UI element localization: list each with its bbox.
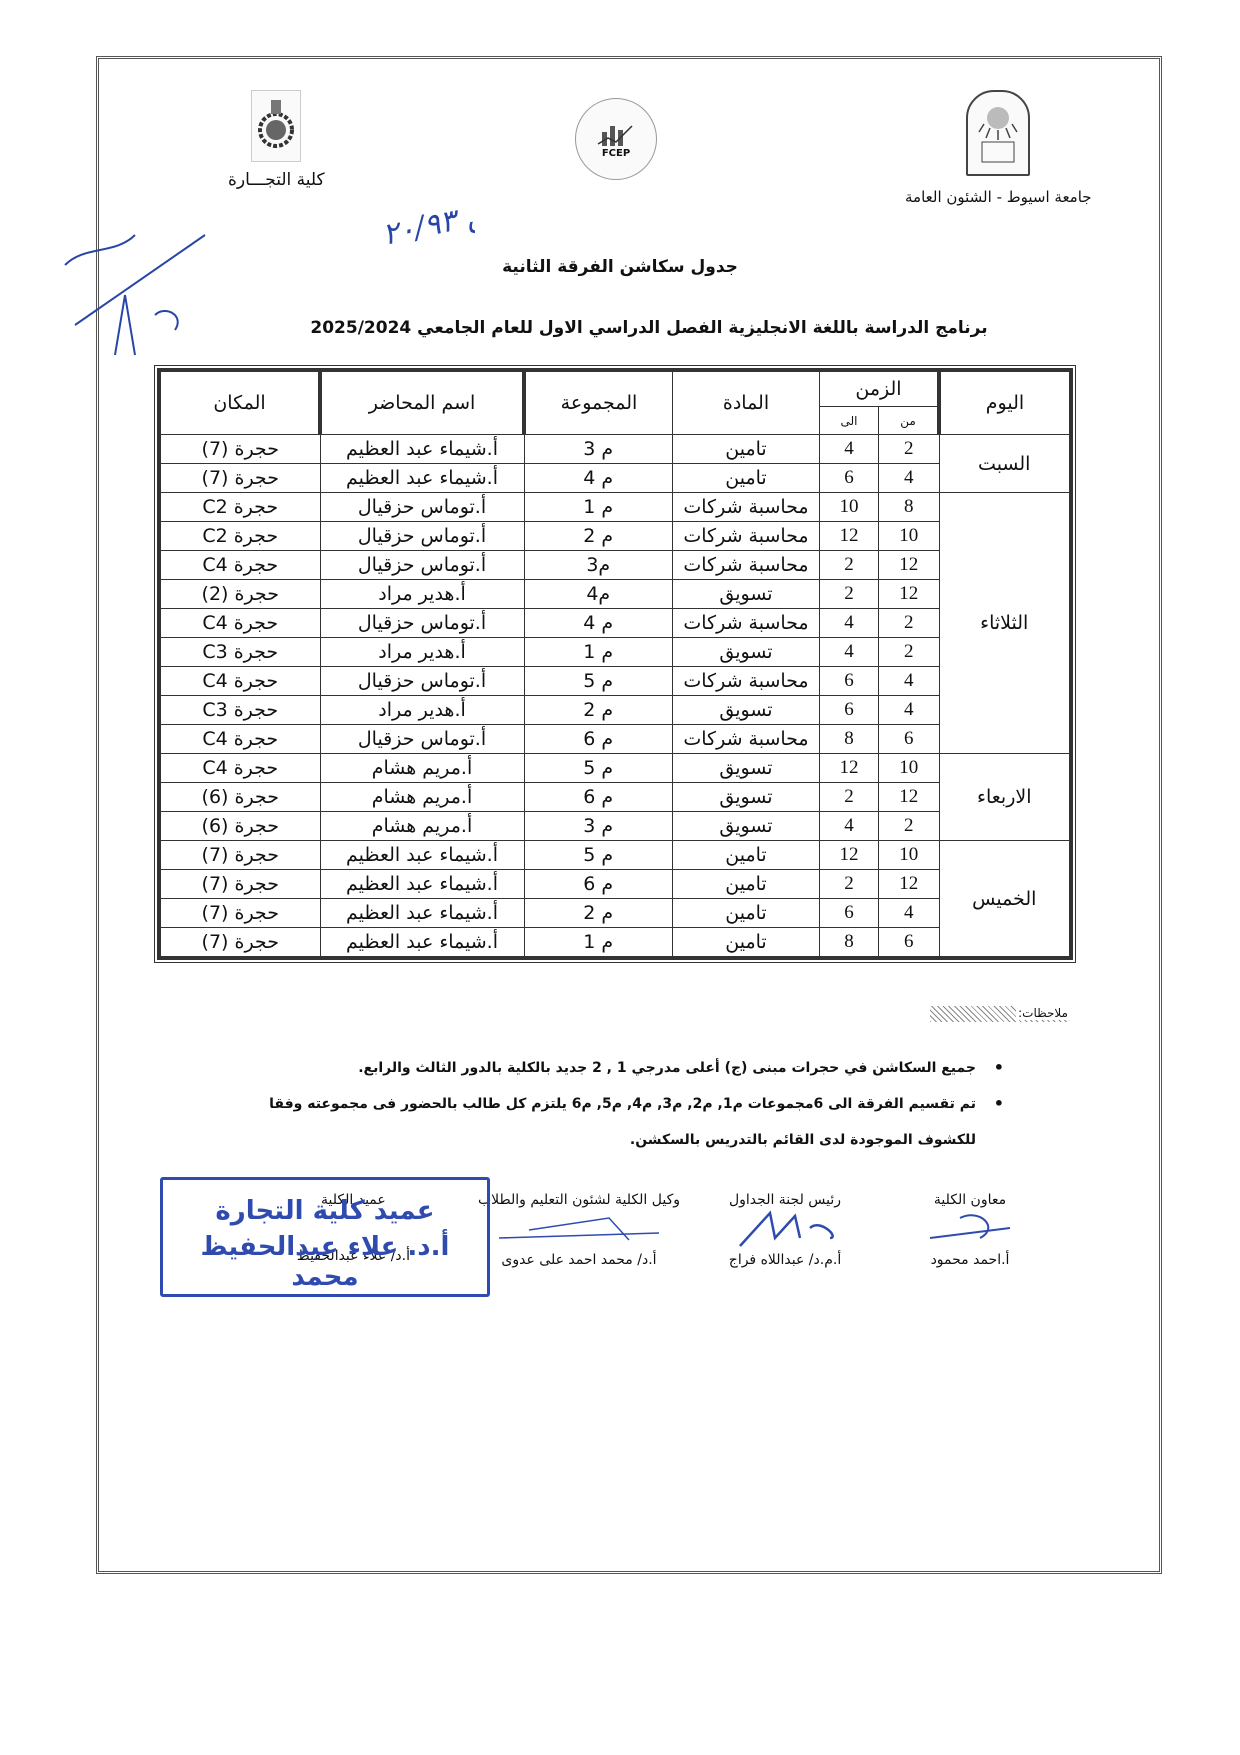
subject-cell: تسويق [673,783,820,812]
day-cell: السبت [939,435,1071,493]
to-cell: 4 [820,435,879,464]
from-cell: 10 [879,754,940,783]
from-cell: 4 [879,464,940,493]
place-cell: حجرة (6) [159,783,320,812]
note-item: تم تقسيم الفرقة الى 6مجموعات م1, م2, م3,… [220,1086,1010,1158]
place-cell: حجرة (7) [159,899,320,928]
to-cell: 6 [820,696,879,725]
signature-name: أ.احمد محمود [920,1252,1020,1268]
svg-text:إعتبارا من ٢٠/٩٣: إعتبارا من ٢٠/٩٣ [379,205,475,253]
to-cell: 8 [820,725,879,754]
table-row: الثلاثاء 8 10 محاسبة شركات م 1 أ.توماس ح… [159,493,1071,522]
from-cell: 12 [879,870,940,899]
from-cell: 10 [879,841,940,870]
table-row: 2 4 محاسبة شركات م 4 أ.توماس حزقيال حجرة… [159,609,1071,638]
signature-title: معاون الكلية [920,1192,1020,1208]
subject-cell: تامين [673,870,820,899]
from-cell: 6 [879,725,940,754]
lecturer-cell: أ.توماس حزقيال [320,522,524,551]
to-cell: 6 [820,464,879,493]
to-cell: 2 [820,783,879,812]
subject-cell: تامين [673,841,820,870]
lecturer-cell: أ.توماس حزقيال [320,493,524,522]
table-row: 4 6 تسويق م 2 أ.هدير مراد حجرة C3 [159,696,1071,725]
place-cell: حجرة (7) [159,841,320,870]
lecturer-cell: أ.مريم هشام [320,754,524,783]
lecturer-cell: أ.توماس حزقيال [320,609,524,638]
signature-assistant: معاون الكلية أ.احمد محمود [920,1192,1020,1268]
from-cell: 12 [879,783,940,812]
subject-cell: تسويق [673,812,820,841]
to-cell: 4 [820,638,879,667]
to-cell: 6 [820,899,879,928]
group-cell: م 1 [524,638,673,667]
to-cell: 4 [820,812,879,841]
table-row: 4 6 تامين م 4 أ.شيماء عبد العظيم حجرة (7… [159,464,1071,493]
lecturer-cell: أ.شيماء عبد العظيم [320,435,524,464]
faculty-logo-block: كلية التجـــارة [228,90,325,190]
subject-cell: تسويق [673,638,820,667]
table-row: السبت 2 4 تامين م 3 أ.شيماء عبد العظيم ح… [159,435,1071,464]
header-day: اليوم [939,370,1071,435]
to-cell: 6 [820,667,879,696]
group-cell: م 5 [524,754,673,783]
place-cell: حجرة C2 [159,493,320,522]
subject-cell: تامين [673,928,820,959]
signature-scribble-icon [489,1208,669,1248]
lecturer-cell: أ.مريم هشام [320,783,524,812]
place-cell: حجرة (7) [159,928,320,959]
to-cell: 2 [820,580,879,609]
signature-committee-head: رئيس لجنة الجداول أ.م.د/ عبداللاه فراج [720,1192,850,1268]
notes-list: جميع السكاشن في حجرات مبنى (ج) أعلى مدرج… [220,1050,1010,1158]
table-row: 2 4 تسويق م 1 أ.هدير مراد حجرة C3 [159,638,1071,667]
header-lecturer: اسم المحاضر [320,370,524,435]
header-time: الزمن [820,370,940,407]
table-row: 12 2 محاسبة شركات م3 أ.توماس حزقيال حجرة… [159,551,1071,580]
schedule-table: اليوم الزمن المادة المجموعة اسم المحاضر … [157,368,1073,960]
to-cell: 2 [820,551,879,580]
sun-rays-icon [976,100,1020,166]
header-group: المجموعة [524,370,673,435]
to-cell: 2 [820,870,879,899]
lecturer-cell: أ.شيماء عبد العظيم [320,464,524,493]
subject-cell: تسويق [673,754,820,783]
faculty-of-commerce-logo [251,90,301,162]
gear-emblem-icon [256,96,296,156]
place-cell: حجرة (6) [159,812,320,841]
subject-cell: محاسبة شركات [673,667,820,696]
fcep-label: FCEP [602,148,630,159]
subtitle-text: برنامج الدراسة باللغة الانجليزية الفصل ا… [417,318,987,338]
table-row: 12 2 تامين م 6 أ.شيماء عبد العظيم حجرة (… [159,870,1071,899]
to-cell: 10 [820,493,879,522]
table-row: 12 2 تسويق م4 أ.هدير مراد حجرة (2) [159,580,1071,609]
lecturer-cell: أ.شيماء عبد العظيم [320,928,524,959]
faculty-caption: كلية التجـــارة [228,170,325,190]
group-cell: م4 [524,580,673,609]
header-to: الى [820,407,879,435]
signature-name: أ.د/ محمد احمد على عدوى [478,1252,680,1268]
subject-cell: تامين [673,464,820,493]
stamp-line-1: عميد كلية التجارة [163,1196,487,1226]
assiut-university-logo [966,90,1030,176]
header-from: من [879,407,940,435]
lecturer-cell: أ.شيماء عبد العظيم [320,870,524,899]
from-cell: 2 [879,435,940,464]
group-cell: م 3 [524,812,673,841]
header-place: المكان [159,370,320,435]
table-row: 4 6 تامين م 2 أ.شيماء عبد العظيم حجرة (7… [159,899,1071,928]
table-row: 12 2 تسويق م 6 أ.مريم هشام حجرة (6) [159,783,1071,812]
from-cell: 4 [879,667,940,696]
place-cell: حجرة (7) [159,870,320,899]
signature-scribble-icon [920,1208,1020,1248]
signature-title: وكيل الكلية لشئون التعليم والطلاب [478,1192,680,1208]
group-cell: م 4 [524,464,673,493]
place-cell: حجرة C4 [159,754,320,783]
university-caption: جامعة اسيوط - الشئون العامة [905,188,1092,206]
day-cell: الخميس [939,841,1071,959]
place-cell: حجرة C4 [159,551,320,580]
document-title: جدول سكاشن الفرقة الثانية [0,257,1240,277]
lecturer-cell: أ.هدير مراد [320,580,524,609]
subject-cell: محاسبة شركات [673,493,820,522]
place-cell: حجرة C3 [159,638,320,667]
from-cell: 2 [879,812,940,841]
subject-cell: تسويق [673,696,820,725]
to-cell: 8 [820,928,879,959]
table-row: الاربعاء 10 12 تسويق م 5 أ.مريم هشام حجر… [159,754,1071,783]
group-cell: م 1 [524,928,673,959]
lecturer-cell: أ.توماس حزقيال [320,667,524,696]
group-cell: م 6 [524,725,673,754]
day-cell: الاربعاء [939,754,1071,841]
signature-title: رئيس لجنة الجداول [720,1192,850,1208]
university-logo-block: جامعة اسيوط - الشئون العامة [905,90,1092,206]
lecturer-cell: أ.هدير مراد [320,696,524,725]
table-header-row: اليوم الزمن المادة المجموعة اسم المحاضر … [159,370,1071,407]
fcep-logo: FCEP [575,98,657,180]
lecturer-cell: أ.شيماء عبد العظيم [320,899,524,928]
from-cell: 2 [879,638,940,667]
lecturer-cell: أ.توماس حزقيال [320,551,524,580]
place-cell: حجرة C3 [159,696,320,725]
lecturer-cell: أ.شيماء عبد العظيم [320,841,524,870]
signature-vice-dean: وكيل الكلية لشئون التعليم والطلاب أ.د/ م… [478,1192,680,1268]
group-cell: م 3 [524,435,673,464]
from-cell: 2 [879,609,940,638]
dean-stamp: عميد كلية التجارة أ.د. علاء عبدالحفيظ مح… [160,1177,490,1297]
group-cell: م 6 [524,870,673,899]
lecturer-cell: أ.مريم هشام [320,812,524,841]
bar-chart-icon [596,120,636,148]
place-cell: حجرة (7) [159,464,320,493]
table-row: 4 6 محاسبة شركات م 5 أ.توماس حزقيال حجرة… [159,667,1071,696]
subject-cell: تامين [673,899,820,928]
table-row: 2 4 تسويق م 3 أ.مريم هشام حجرة (6) [159,812,1071,841]
group-cell: م 1 [524,493,673,522]
subject-cell: محاسبة شركات [673,551,820,580]
academic-year: 2025/2024 [310,318,411,338]
group-cell: م 5 [524,841,673,870]
signature-scribble-icon [720,1208,850,1248]
note-item: جميع السكاشن في حجرات مبنى (ج) أعلى مدرج… [220,1050,1010,1086]
subject-cell: محاسبة شركات [673,522,820,551]
subject-cell: محاسبة شركات [673,725,820,754]
from-cell: 4 [879,696,940,725]
day-cell: الثلاثاء [939,493,1071,754]
fcep-logo-block: FCEP [575,98,657,180]
place-cell: حجرة (7) [159,435,320,464]
from-cell: 8 [879,493,940,522]
group-cell: م 2 [524,696,673,725]
group-cell: م 5 [524,667,673,696]
to-cell: 12 [820,841,879,870]
subject-cell: تامين [673,435,820,464]
table-row: 6 8 تامين م 1 أ.شيماء عبد العظيم حجرة (7… [159,928,1071,959]
from-cell: 12 [879,580,940,609]
lecturer-cell: أ.هدير مراد [320,638,524,667]
to-cell: 12 [820,754,879,783]
table-row: 6 8 محاسبة شركات م 6 أ.توماس حزقيال حجرة… [159,725,1071,754]
from-cell: 10 [879,522,940,551]
table-row: الخميس 10 12 تامين م 5 أ.شيماء عبد العظي… [159,841,1071,870]
document-subtitle: برنامج الدراسة باللغة الانجليزية الفصل ا… [0,318,1240,338]
group-cell: م3 [524,551,673,580]
header-subject: المادة [673,370,820,435]
to-cell: 12 [820,522,879,551]
table-row: 10 12 محاسبة شركات م 2 أ.توماس حزقيال حج… [159,522,1071,551]
stamp-line-2: أ.د. علاء عبدالحفيظ محمد [163,1232,487,1292]
place-cell: حجرة C4 [159,667,320,696]
subject-cell: تسويق [673,580,820,609]
from-cell: 6 [879,928,940,959]
from-cell: 12 [879,551,940,580]
place-cell: حجرة C4 [159,609,320,638]
signature-name: أ.م.د/ عبداللاه فراج [720,1252,850,1268]
from-cell: 4 [879,899,940,928]
subject-cell: محاسبة شركات [673,609,820,638]
place-cell: حجرة C4 [159,725,320,754]
place-cell: حجرة C2 [159,522,320,551]
group-cell: م 6 [524,783,673,812]
place-cell: حجرة (2) [159,580,320,609]
to-cell: 4 [820,609,879,638]
notes-label: ملاحظات: [930,1006,1070,1022]
notes-label-text: ملاحظات: [1016,1006,1070,1020]
group-cell: م 2 [524,522,673,551]
handwritten-note: إعتبارا من ٢٠/٩٣ [55,205,475,379]
lecturer-cell: أ.توماس حزقيال [320,725,524,754]
group-cell: م 4 [524,609,673,638]
group-cell: م 2 [524,899,673,928]
